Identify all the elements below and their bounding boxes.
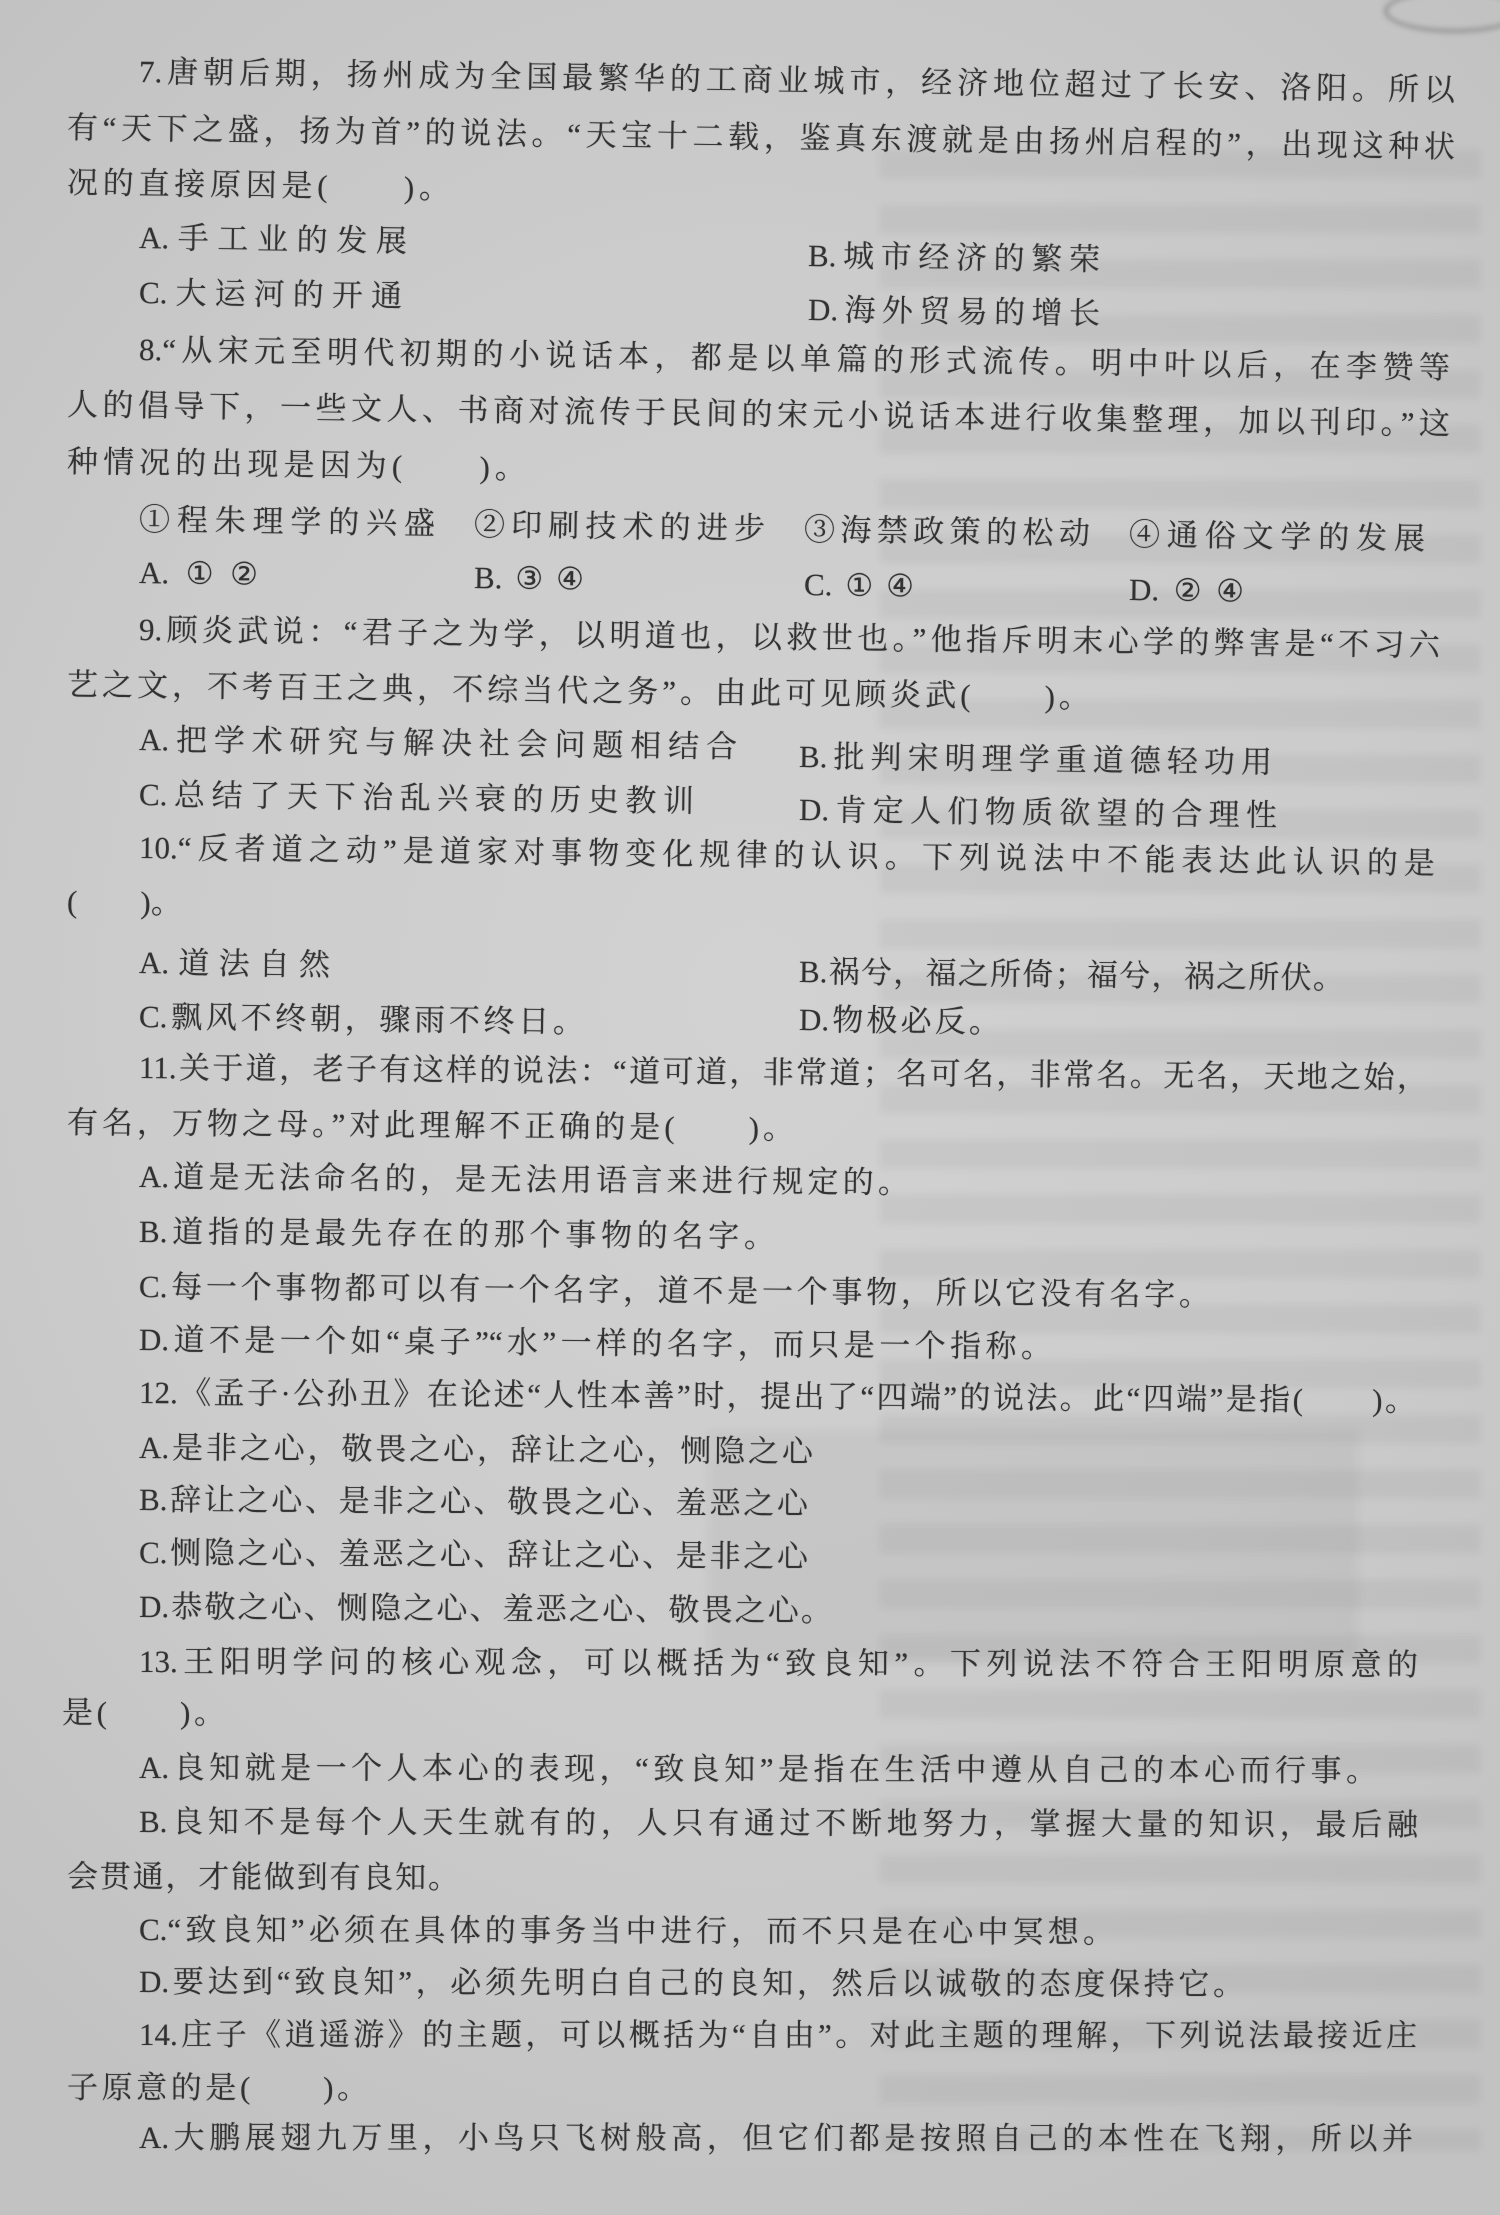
option-text: 是非之心，敬畏之心，辞让之心，恻隐之心 (169, 1430, 813, 1469)
option-label: A. (139, 555, 170, 590)
stem-text: 王阳明学问的核心观念，可以概括为“致良知”。下列说法不符合王阳明原意的 (178, 1644, 1418, 1682)
exam-page-photo: 7.唐朝后期，扬州成为全国最繁华的工商业城市，经济地位超过了长安、洛阳。所以 有… (0, 0, 1500, 2215)
question-number: 8. (139, 332, 163, 367)
option-text: 恻隐之心、羞恶之心、辞让之心、是非之心 (167, 1535, 808, 1574)
statement-1: ①程朱理学的兴盛 (139, 500, 436, 544)
option-text: 飘风不终朝，骤雨不终日。 (167, 999, 584, 1039)
question-number: 7. (139, 54, 163, 89)
question-number: 11. (139, 1050, 177, 1085)
option-a: A.手工业的发展 (139, 218, 408, 262)
option-label: A. (139, 2120, 169, 2155)
option-label: B. (808, 238, 837, 273)
statement-2: ②印刷技术的进步 (474, 505, 766, 549)
option-a: A.大鹏展翅九万里，小鸟只飞树般高，但它们都是按照自己的本性在飞翔，所以并 (139, 2118, 1413, 2159)
option-text: 把学术研究与解决社会问题相结合 (169, 722, 737, 764)
option-b: B.辞让之心、是非之心、敬畏之心、羞恶之心 (139, 1480, 808, 1524)
option-label: C. (139, 1535, 168, 1570)
option-label: D. (1129, 572, 1160, 607)
option-c: C.恻隐之心、羞恶之心、辞让之心、是非之心 (139, 1533, 808, 1577)
option-text: ①② (169, 555, 258, 591)
question-stem-line: 有名，万物之母。”对此理解不正确的是( )。 (67, 1103, 794, 1149)
option-text: 道是无法命名的，是无法用语言来进行规定的。 (169, 1159, 909, 1200)
option-label: B. (799, 954, 828, 989)
option-label: A. (139, 220, 170, 255)
option-text: 总结了天下治乱兴衰的历史教训 (167, 777, 694, 818)
option-label: B. (799, 739, 828, 774)
option-label: C. (139, 275, 168, 310)
question-stem-line: 12.《孟子·公孙丑》在论述“人性本善”时，提出了“四端”的说法。此“四端”是指… (139, 1373, 1416, 1421)
bleed-through-texture (880, 150, 1480, 2150)
option-a: A.良知就是一个人本心的表现，“致良知”是指在生活中遵从自己的本心而行事。 (139, 1748, 1377, 1791)
stain-ring (1383, 0, 1500, 34)
option-text: 恭敬之心、恻隐之心、羞恶之心、敬畏之心。 (169, 1589, 832, 1628)
option-d: D.物极必反。 (799, 1000, 1000, 1042)
question-stem-line: 7.唐朝后期，扬州成为全国最繁华的工商业城市，经济地位超过了长安、洛阳。所以 (139, 52, 1455, 110)
option-label: C. (139, 1912, 168, 1947)
option-b: B.祸兮，福之所倚；福兮，祸之所伏。 (799, 952, 1344, 999)
option-label: B. (139, 1214, 168, 1249)
option-label: D. (139, 1589, 169, 1624)
option-c: C.总结了天下治乱兴衰的历史教训 (139, 775, 694, 822)
option-text: ②④ (1159, 572, 1244, 608)
option-text: 每一个事物都可以有一个名字，道不是一个事物，所以它没有名字。 (167, 1269, 1210, 1312)
option-label: A. (139, 945, 170, 980)
option-text: 良知就是一个人本心的表现，“致良知”是指在生活中遵从自己的本心而行事。 (169, 1750, 1377, 1788)
option-c: C.①④ (804, 565, 915, 607)
option-text: 大运河的开通 (167, 275, 402, 313)
option-d: D.要达到“致良知”，必须先明白自己的良知，然后以诚敬的态度保持它。 (139, 1962, 1244, 2005)
option-text: ③④ (502, 560, 584, 596)
option-text: ①④ (832, 567, 914, 603)
option-b: B.③④ (474, 558, 585, 600)
option-label: D. (139, 1322, 169, 1357)
option-d: D.海外贸易的增长 (808, 290, 1101, 334)
option-text: 物极必反。 (829, 1002, 1000, 1039)
option-label: B. (474, 560, 503, 595)
option-text: 道不是一个如“桌子”“水”一样的名字，而只是一个指称。 (169, 1322, 1052, 1364)
stem-text: 关于道，老子有这样的说法：“道可道，非常道；名可名，非常名。无名，天地之始， (176, 1050, 1428, 1095)
stem-text: 唐朝后期，扬州成为全国最繁华的工商业城市，经济地位超过了长安、洛阳。所以 (162, 54, 1455, 107)
question-stem-line: 子原意的是( )。 (67, 2068, 368, 2108)
stem-text: 《孟子·公孙丑》在论述“人性本善”时，提出了“四端”的说法。此“四端”是指( )… (178, 1375, 1416, 1418)
option-text: “致良知”必须在具体的事务当中进行，而不只是在心中冥想。 (167, 1912, 1114, 1949)
option-c: C.每一个事物都可以有一个名字，道不是一个事物，所以它没有名字。 (139, 1267, 1210, 1315)
option-label: A. (139, 1430, 169, 1465)
option-text: 祸兮，福之所倚；福兮，祸之所伏。 (827, 954, 1344, 995)
question-number: 12. (139, 1375, 178, 1410)
option-text: 要达到“致良知”，必须先明白自己的良知，然后以诚敬的态度保持它。 (169, 1964, 1244, 2002)
option-text: 道指的是最先存在的那个事物的名字。 (167, 1214, 775, 1254)
question-number: 13. (139, 1644, 178, 1679)
option-label: C. (804, 567, 833, 602)
question-stem-line: 有“天下之盛，扬为首”的说法。“天宝十二载，鉴真东渡就是由扬州启程的”，出现这种… (67, 108, 1455, 167)
option-d: D.恭敬之心、恻隐之心、羞恶之心、敬畏之心。 (139, 1587, 832, 1631)
option-b-continued: 会贯通，才能做到有良知。 (67, 1857, 459, 1898)
question-number: 10. (139, 830, 178, 865)
option-text: 大鹏展翅九万里，小鸟只飞树般高，但它们都是按照自己的本性在飞翔，所以并 (169, 2120, 1413, 2156)
option-label: C. (139, 777, 168, 812)
option-text: 城市经济的繁荣 (836, 238, 1100, 277)
option-label: D. (799, 792, 830, 827)
option-text: 良知不是每个人天生就有的，人只有通过不断地努力，掌握大量的知识，最后融 (167, 1804, 1418, 1842)
option-label: D. (799, 1002, 830, 1037)
option-a: A.道是无法命名的，是无法用语言来进行规定的。 (139, 1157, 909, 1203)
option-d: D.道不是一个如“桌子”“水”一样的名字，而只是一个指称。 (139, 1320, 1052, 1367)
option-b: B.城市经济的繁荣 (808, 236, 1101, 280)
option-d: D.肯定人们物质欲望的合理性 (799, 790, 1277, 836)
option-c: C.大运河的开通 (139, 273, 403, 317)
question-stem-line: 是( )。 (62, 1693, 225, 1733)
question-stem-line: 14.庄子《逍遥游》的主题，可以概括为“自由”。对此主题的理解，下列说法最接近庄 (139, 2015, 1417, 2056)
stem-text: 庄子《逍遥游》的主题，可以概括为“自由”。对此主题的理解，下列说法最接近庄 (178, 2017, 1417, 2053)
option-text: 肯定人们物质欲望的合理性 (829, 792, 1277, 832)
question-stem-line: ( )。 (67, 882, 182, 923)
option-b: B.批判宋明理学重道德轻功用 (799, 737, 1272, 783)
option-label: B. (139, 1482, 168, 1517)
option-text: 辞让之心、是非之心、敬畏之心、羞恶之心 (167, 1482, 808, 1521)
option-label: C. (139, 999, 168, 1034)
statement-3: ③海禁政策的松动 (804, 510, 1091, 554)
option-a: A.是非之心，敬畏之心，辞让之心，恻隐之心 (139, 1428, 813, 1472)
option-text: 批判宋明理学重道德轻功用 (827, 739, 1272, 779)
option-label: A. (139, 722, 170, 757)
statement-4: ④通俗文学的发展 (1129, 515, 1426, 559)
option-text: 手工业的发展 (169, 220, 407, 258)
option-label: D. (808, 292, 839, 327)
option-label: A. (139, 1750, 169, 1785)
option-label: D. (139, 1964, 169, 1999)
option-label: B. (139, 1804, 168, 1839)
option-text: 道法自然 (169, 945, 330, 982)
option-c: C.“致良知”必须在具体的事务当中进行，而不只是在心中冥想。 (139, 1910, 1114, 1953)
question-stem-line: 种情况的出现是因为( )。 (67, 442, 527, 488)
option-d: D.②④ (1129, 570, 1245, 612)
option-label: C. (139, 1269, 168, 1304)
question-stem-line: 13.王阳明学问的核心观念，可以概括为“致良知”。下列说法不符合王阳明原意的 (139, 1642, 1418, 1685)
question-number: 9. (139, 612, 163, 647)
option-a: A.道法自然 (139, 943, 330, 985)
option-b: B.道指的是最先存在的那个事物的名字。 (139, 1212, 775, 1257)
option-a: A.①② (139, 553, 259, 595)
option-a: A.把学术研究与解决社会问题相结合 (139, 720, 737, 767)
option-text: 海外贸易的增长 (838, 292, 1100, 331)
option-label: A. (139, 1159, 169, 1194)
option-c: C.飘风不终朝，骤雨不终日。 (139, 997, 584, 1042)
option-b: B.良知不是每个人天生就有的，人只有通过不断地努力，掌握大量的知识，最后融 (139, 1802, 1418, 1845)
question-number: 14. (139, 2017, 178, 2052)
question-stem-line: 况的直接原因是( )。 (67, 163, 451, 208)
